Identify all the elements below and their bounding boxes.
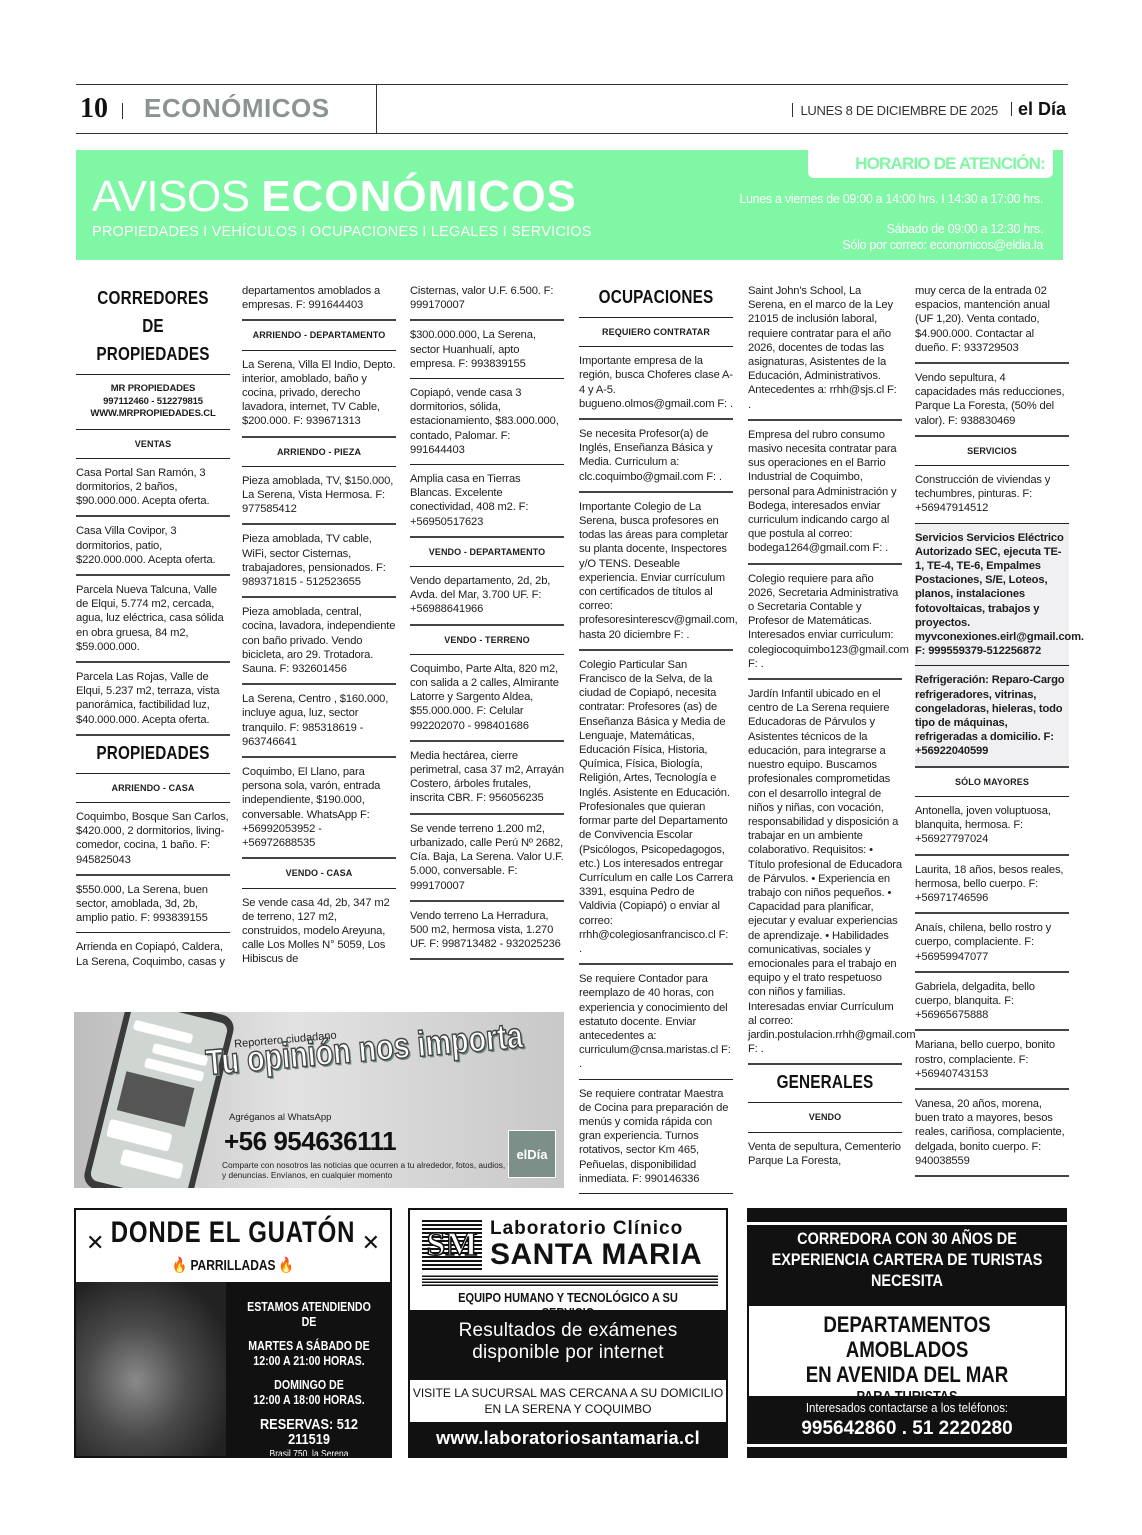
hours-line: 12:00 A 18:00 HORAS. bbox=[238, 1393, 379, 1408]
classified-ad: Importante Colegio de La Serena, busca p… bbox=[579, 493, 733, 651]
subtitle-text: PARRILLADAS bbox=[190, 1257, 275, 1274]
subheading-vendo-casa: VENDO - CASA bbox=[242, 859, 396, 888]
restaurant-address: Brasil 750, la Serena bbox=[238, 1447, 379, 1458]
decorative-lines bbox=[422, 1274, 718, 1286]
grilled-meat-photo bbox=[76, 1282, 226, 1458]
classified-ad: Venta de sepultura, Cementerio Parque La… bbox=[748, 1133, 902, 1175]
restaurant-name: DONDE EL GUATÓN bbox=[107, 1216, 358, 1250]
classified-ad: Vendo sepultura, 4 capacidades más reduc… bbox=[915, 364, 1069, 437]
column-2: departamentos amoblados a empresas. F: 9… bbox=[242, 280, 396, 974]
saturday-hours: Sábado de 09:00 a 12:30 hrs. bbox=[887, 222, 1043, 236]
ad-header: ✕ DONDE EL GUATÓN 🔥 PARRILLADAS 🔥 ✕ bbox=[76, 1210, 390, 1282]
classified-ad: Coquimbo, Bosque San Carlos, $420.000, 2… bbox=[76, 803, 230, 876]
hours-line: DOMINGO DE bbox=[238, 1378, 379, 1393]
divider bbox=[747, 1222, 1067, 1225]
classified-ad: Casa Villa Covipor, 3 dormitorios, patio… bbox=[76, 517, 230, 576]
divider bbox=[747, 1444, 1067, 1447]
classified-ad: Jardín Infantil ubicado en el centro de … bbox=[748, 680, 902, 1065]
classified-ad-featured: Servicios Servicios Eléctrico Autorizado… bbox=[915, 524, 1069, 667]
classified-ad: La Serena, Centro , $160.000, incluye ag… bbox=[242, 685, 396, 758]
lab-header: SM Laboratorio Clínico SANTA MARIA EQUIP… bbox=[410, 1210, 726, 1310]
lab-tagline: EQUIPO HUMANO Y TECNOLÓGICO A SU SERVICI… bbox=[434, 1290, 703, 1320]
contact-label: Interesados contactarse a los teléfonos: bbox=[766, 1400, 1048, 1415]
intro-line: CORREDORA CON 30 AÑOS DE bbox=[771, 1228, 1043, 1249]
classified-ad: Pieza amoblada, central, cocina, lavador… bbox=[242, 598, 396, 685]
subheading-requiero-contratar: REQUIERO CONTRATAR bbox=[579, 317, 733, 347]
classified-ad: Copiapó, vende casa 3 dormitorios, sólid… bbox=[410, 379, 564, 465]
classified-ad: Cisternas, valor U.F. 6.500. F: 99917000… bbox=[410, 280, 564, 321]
whatsapp-reporter-ad: Reportero ciudadano Tu opinión nos impor… bbox=[74, 1012, 564, 1188]
heading-generales: GENERALES bbox=[760, 1065, 891, 1102]
heading-propiedades: PROPIEDADES bbox=[88, 736, 219, 773]
classified-ad: Arrienda en Copiapó, Caldera, La Serena,… bbox=[76, 933, 230, 975]
broker-info: MR PROPIEDADES 997112460 - 512279815 WWW… bbox=[76, 374, 230, 429]
reservations-phone: RESERVAS: 512 211519 bbox=[238, 1417, 379, 1447]
corredora-intro: CORREDORA CON 30 AÑOS DE EXPERIENCIA CAR… bbox=[771, 1228, 1043, 1291]
classified-ad: Se vende casa 4d, 2b, 347 m2 de terreno,… bbox=[242, 889, 396, 974]
opening-hours: ESTAMOS ATENDIENDO DE MARTES A SÁBADO DE… bbox=[238, 1300, 379, 1458]
subheading-arriendo-casa: ARRIENDO - CASA bbox=[76, 773, 230, 803]
lab-name-line1: Laboratorio Clínico bbox=[490, 1218, 683, 1240]
classified-ad: departamentos amoblados a empresas. F: 9… bbox=[242, 280, 396, 321]
broker-phones: 997112460 - 512279815 bbox=[76, 396, 230, 409]
subheading-ventas: VENTAS bbox=[76, 429, 230, 459]
banner-title-bold: ECONÓMICOS bbox=[261, 172, 577, 221]
ad-description: Comparte con nosotros las noticias que o… bbox=[222, 1160, 532, 1180]
ad-laboratorio-santa-maria: SM Laboratorio Clínico SANTA MARIA EQUIP… bbox=[408, 1208, 728, 1458]
classified-ad: Pieza amoblada, TV cable, WiFi, sector C… bbox=[242, 525, 396, 598]
heading-ocupaciones: OCUPACIONES bbox=[591, 280, 722, 317]
hours-line: MARTES A SÁBADO DE bbox=[238, 1339, 379, 1354]
hours-line: 12:00 A 21:00 HORAS. bbox=[238, 1354, 379, 1369]
classified-ad: Saint John's School, La Serena, en el ma… bbox=[748, 280, 902, 421]
broker-name: MR PROPIEDADES bbox=[76, 383, 230, 396]
classified-ad: Empresa del rubro consumo masivo necesit… bbox=[748, 421, 902, 565]
banner-title: AVISOS ECONÓMICOS bbox=[92, 172, 577, 222]
classified-ad: Antonella, joven voluptuosa, blanquita, … bbox=[915, 797, 1069, 856]
hours-line: ESTAMOS ATENDIENDO DE bbox=[238, 1300, 379, 1330]
classified-ad: muy cerca de la entrada 02 espacios, man… bbox=[915, 280, 1069, 364]
classified-ad: Se requiere Contador para reemplazo de 4… bbox=[579, 965, 733, 1079]
whatsapp-label: Agréganos al WhatsApp bbox=[229, 1112, 331, 1123]
classified-ad: Vanesa, 20 años, morena, buen trato a ma… bbox=[915, 1090, 1069, 1177]
restaurant-subtitle: 🔥 PARRILLADAS 🔥 bbox=[107, 1256, 358, 1274]
classified-ad: La Serena, Villa El Indio, Depto. interi… bbox=[242, 351, 396, 438]
banner-title-light: AVISOS bbox=[92, 172, 261, 221]
flame-icon: 🔥 bbox=[172, 1257, 187, 1274]
classified-ad: $300.000.000, La Serena, sector Huanhual… bbox=[410, 321, 564, 379]
lab-name-line2: SANTA MARIA bbox=[490, 1238, 702, 1272]
page-number: 10 bbox=[80, 93, 108, 125]
lab-logo-icon: SM bbox=[422, 1220, 482, 1270]
column-6: muy cerca de la entrada 02 espacios, man… bbox=[915, 280, 1069, 1177]
classified-ad: Colegio requiere para año 2026, Secretar… bbox=[748, 565, 902, 680]
classified-ad: Se vende terreno 1.200 m2, urbanizado, c… bbox=[410, 815, 564, 902]
contact-phones: 995642860 . 51 2220280 bbox=[747, 1418, 1067, 1440]
classified-ad: Colegio Particular San Francisco de la S… bbox=[579, 651, 733, 965]
eldia-logo: elDía bbox=[508, 1130, 556, 1178]
classified-ad: Mariana, bello cuerpo, bonito rostro, co… bbox=[915, 1031, 1069, 1090]
phone-illustration bbox=[81, 1012, 236, 1188]
classified-ad: Pieza amoblada, TV, $150.000, La Serena,… bbox=[242, 467, 396, 526]
subheading-vendo-depto: VENDO - DEPARTAMENTO bbox=[410, 538, 564, 567]
visit-line: VISITE LA SUCURSAL MAS CERCANA A SU DOMI… bbox=[410, 1385, 726, 1401]
divider bbox=[122, 103, 123, 119]
section-title: ECONÓMICOS bbox=[144, 93, 330, 124]
classified-ad: Coquimbo, El Llano, para persona sola, v… bbox=[242, 758, 396, 859]
newspaper-logo: el Día bbox=[1018, 99, 1066, 120]
subheading-arriendo-pieza: ARRIENDO - PIEZA bbox=[242, 438, 396, 467]
whatsapp-number: +56 954636111 bbox=[224, 1126, 396, 1157]
banner-categories: PROPIEDADES I VEHÍCULOS I OCUPACIONES I … bbox=[92, 224, 592, 240]
heading-corredores: CORREDORES DE PROPIEDADES bbox=[88, 280, 219, 374]
ad-headline: Tu opinión nos importa bbox=[204, 1014, 524, 1084]
highlight-line: EN AVENIDA DEL MAR bbox=[773, 1362, 1042, 1387]
crossed-utensils-icon: ✕ bbox=[86, 1230, 104, 1256]
subheading-vendo: VENDO bbox=[748, 1102, 902, 1132]
intro-line: NECESITA bbox=[771, 1270, 1043, 1291]
classified-ad: Vendo terreno La Herradura, 500 m2, herm… bbox=[410, 902, 564, 961]
divider bbox=[376, 85, 377, 133]
ad-corredora-turistas: CORREDORA CON 30 AÑOS DE EXPERIENCIA CAR… bbox=[747, 1208, 1067, 1458]
lab-visit: VISITE LA SUCURSAL MAS CERCANA A SU DOMI… bbox=[410, 1380, 726, 1422]
subheading-solo-mayores: SÓLO MAYORES bbox=[915, 768, 1069, 797]
classified-ad: Se necesita Profesor(a) de Inglés, Enseñ… bbox=[579, 420, 733, 493]
column-4: OCUPACIONES REQUIERO CONTRATAR Important… bbox=[579, 280, 733, 1194]
classified-ad: Construcción de viviendas y techumbres, … bbox=[915, 466, 1069, 524]
classified-ad: Laurita, 18 años, besos reales, hermosa,… bbox=[915, 856, 1069, 915]
classified-ad: Coquimbo, Parte Alta, 820 m2, con salida… bbox=[410, 655, 564, 742]
broker-website: WWW.MRPROPIEDADES.CL bbox=[76, 408, 230, 421]
column-3: Cisternas, valor U.F. 6.500. F: 99917000… bbox=[410, 280, 564, 960]
classified-ad: Media hectárea, cierre perimetral, casa … bbox=[410, 742, 564, 815]
classified-ad-featured: Refrigeración: Reparo-Cargo refrigerador… bbox=[915, 666, 1069, 767]
results-line: Resultados de exámenes bbox=[410, 1320, 726, 1342]
issue-date: LUNES 8 DE DICIEMBRE DE 2025 bbox=[800, 103, 998, 118]
avisos-banner: AVISOS ECONÓMICOS PROPIEDADES I VEHÍCULO… bbox=[76, 150, 1063, 260]
results-line: disponible por internet bbox=[410, 1342, 726, 1364]
classified-ad: Amplia casa en Tierras Blancas. Excelent… bbox=[410, 465, 564, 538]
lab-results: Resultados de exámenes disponible por in… bbox=[410, 1320, 726, 1364]
crossed-utensils-icon: ✕ bbox=[362, 1230, 380, 1256]
ad-donde-el-guaton: ✕ DONDE EL GUATÓN 🔥 PARRILLADAS 🔥 ✕ ESTA… bbox=[74, 1208, 392, 1458]
classified-ad: Anaís, chilena, bello rostro y cuerpo, c… bbox=[915, 914, 1069, 973]
column-5: Saint John's School, La Serena, en el ma… bbox=[748, 280, 902, 1175]
classified-ad: Se requiere contratar Maestra de Cocina … bbox=[579, 1080, 733, 1194]
classified-ad: Casa Portal San Ramón, 3 dormitorios, 2 … bbox=[76, 459, 230, 518]
flame-icon: 🔥 bbox=[279, 1257, 294, 1274]
subheading-vendo-terreno: VENDO - TERRENO bbox=[410, 626, 564, 655]
subheading-servicios: SERVICIOS bbox=[915, 437, 1069, 466]
classified-ad: Importante empresa de la región, busca C… bbox=[579, 347, 733, 420]
classified-ad: Parcela Nueva Talcuna, Valle de Elqui, 5… bbox=[76, 576, 230, 663]
horario-tab: HORARIO DE ATENCIÓN: bbox=[808, 150, 1053, 178]
visit-line: EN LA SERENA Y COQUIMBO bbox=[410, 1401, 726, 1417]
classified-ad: Vendo departamento, 2d, 2b, Avda. del Ma… bbox=[410, 567, 564, 626]
classified-ad: Parcela Las Rojas, Valle de Elqui, 5.237… bbox=[76, 663, 230, 736]
classified-ad: $550.000, La Serena, buen sector, amobla… bbox=[76, 876, 230, 934]
subheading-arriendo-depto: ARRIENDO - DEPARTAMENTO bbox=[242, 321, 396, 350]
email-contact: Sólo por correo: economicos@eldia.la bbox=[842, 238, 1043, 252]
horario-label: HORARIO DE ATENCIÓN: bbox=[855, 154, 1045, 174]
corredora-highlight: DEPARTAMENTOS AMOBLADOS EN AVENIDA DEL M… bbox=[749, 1306, 1065, 1396]
weekday-hours: Lunes a viernes de 09:00 a 14:00 hrs. I … bbox=[739, 192, 1043, 206]
classified-ad: Gabriela, delgadita, bello cuerpo, blanq… bbox=[915, 973, 1069, 1032]
column-1: CORREDORES DE PROPIEDADES MR PROPIEDADES… bbox=[76, 280, 230, 976]
page-header: 10 ECONÓMICOS LUNES 8 DE DICIEMBRE DE 20… bbox=[76, 84, 1068, 134]
intro-line: EXPERIENCIA CARTERA DE TURISTAS bbox=[771, 1249, 1043, 1270]
lab-website: www.laboratoriosantamaria.cl bbox=[410, 1428, 726, 1449]
highlight-line: DEPARTAMENTOS AMOBLADOS bbox=[773, 1306, 1042, 1362]
